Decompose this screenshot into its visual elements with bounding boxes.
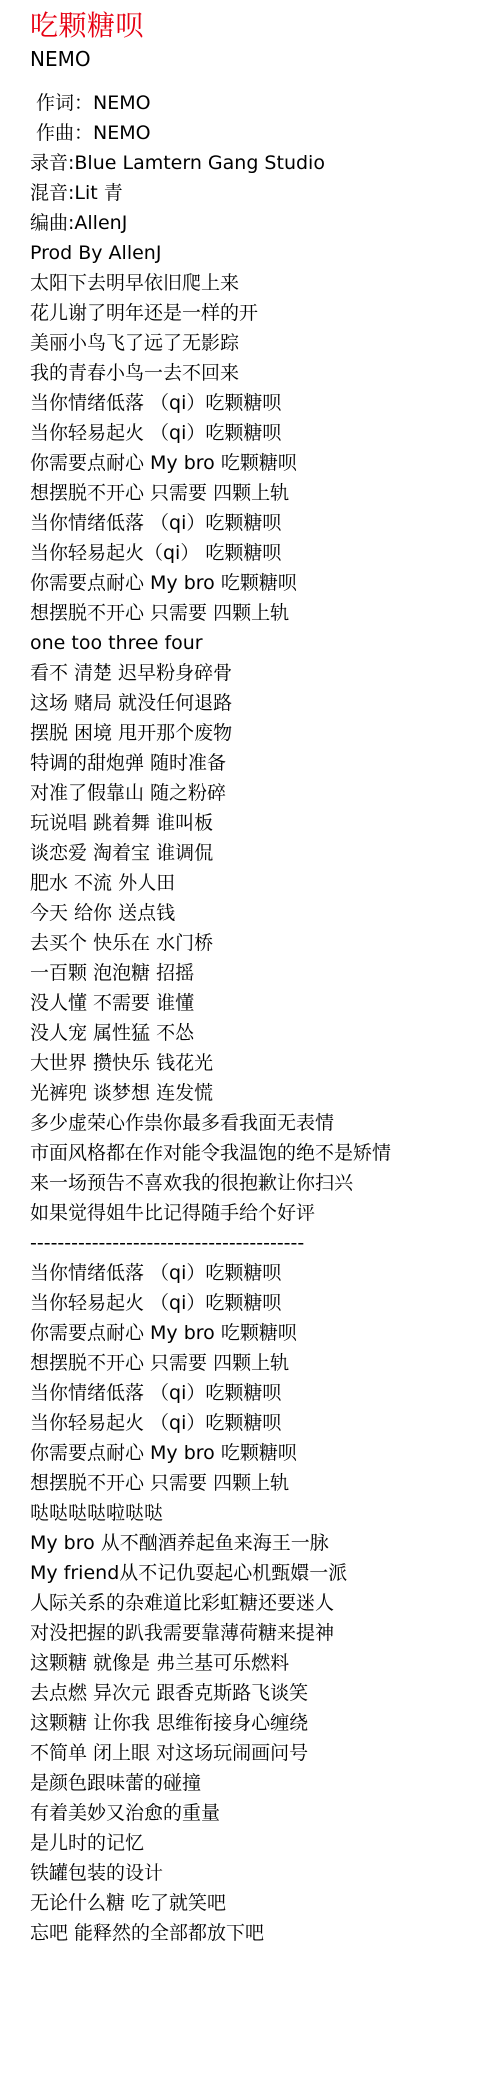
lyric-line: 特调的甜炮弹 随时准备 (30, 748, 480, 778)
credit-line: Prod By AllenJ (30, 238, 480, 268)
credit-line: 编曲:AllenJ (30, 208, 480, 238)
credit-line: 录音:Blue Lamtern Gang Studio (30, 148, 480, 178)
lyric-lines-block: 太阳下去明早依旧爬上来花儿谢了明年还是一样的开美丽小鸟飞了远了无影踪我的青春小鸟… (30, 268, 480, 1948)
lyric-line: 没人懂 不需要 谁懂 (30, 988, 480, 1018)
lyric-line: 想摆脱不开心 只需要 四颗上轨 (30, 1468, 480, 1498)
lyric-line: My friend从不记仇耍起心机甄嬛一派 (30, 1558, 480, 1588)
artist-name: NEMO (30, 44, 480, 74)
lyric-line: 是儿时的记忆 (30, 1828, 480, 1858)
lyric-line: 光裤兜 谈梦想 连发慌 (30, 1078, 480, 1108)
lyric-line: 想摆脱不开心 只需要 四颗上轨 (30, 1348, 480, 1378)
lyric-line: 想摆脱不开心 只需要 四颗上轨 (30, 598, 480, 628)
lyric-line: 美丽小鸟飞了远了无影踪 (30, 328, 480, 358)
lyric-line: 不简单 闭上眼 对这场玩闹画问号 (30, 1738, 480, 1768)
lyric-line: 当你情绪低落 （qi）吃颗糖呗 (30, 1378, 480, 1408)
lyric-line: 看不 清楚 迟早粉身碎骨 (30, 658, 480, 688)
credits-block: 作词：NEMO 作曲：NEMO录音:Blue Lamtern Gang Stud… (30, 88, 480, 268)
credit-line: 混音:Lit 青 (30, 178, 480, 208)
lyric-line: 肥水 不流 外人田 (30, 868, 480, 898)
lyric-line: 来一场预告不喜欢我的很抱歉让你扫兴 (30, 1168, 480, 1198)
lyrics-page: 吃颗糖呗 NEMO 作词：NEMO 作曲：NEMO录音:Blue Lamtern… (0, 0, 500, 1948)
lyric-line: 没人宠 属性猛 不怂 (30, 1018, 480, 1048)
lyric-line: 摆脱 困境 甩开那个废物 (30, 718, 480, 748)
lyric-line: 花儿谢了明年还是一样的开 (30, 298, 480, 328)
lyric-line: 想摆脱不开心 只需要 四颗上轨 (30, 478, 480, 508)
song-title: 吃颗糖呗 (30, 8, 480, 44)
lyric-line: 当你情绪低落 （qi）吃颗糖呗 (30, 1258, 480, 1288)
lyric-line: 当你轻易起火 （qi）吃颗糖呗 (30, 418, 480, 448)
lyric-line: 去点燃 异次元 跟香克斯路飞谈笑 (30, 1678, 480, 1708)
lyric-line: 谈恋爱 淘着宝 谁调侃 (30, 838, 480, 868)
lyric-line: 有着美妙又治愈的重量 (30, 1798, 480, 1828)
lyric-line: 对没把握的趴我需要靠薄荷糖来提神 (30, 1618, 480, 1648)
lyric-line: 你需要点耐心 My bro 吃颗糖呗 (30, 1438, 480, 1468)
lyric-line: one too three four (30, 628, 480, 658)
lyric-line: 这颗糖 让你我 思维衔接身心缠绕 (30, 1708, 480, 1738)
lyric-line: 对准了假靠山 随之粉碎 (30, 778, 480, 808)
lyric-line: 玩说唱 跳着舞 谁叫板 (30, 808, 480, 838)
lyric-line: 我的青春小鸟一去不回来 (30, 358, 480, 388)
lyric-line: 今天 给你 送点钱 (30, 898, 480, 928)
lyric-line: 哒哒哒哒啦哒哒 (30, 1498, 480, 1528)
credit-line: 作词：NEMO (30, 88, 480, 118)
lyric-line: 大世界 攒快乐 钱花光 (30, 1048, 480, 1078)
lyric-line: 当你情绪低落 （qi）吃颗糖呗 (30, 508, 480, 538)
lyric-line: 人际关系的杂难道比彩虹糖还要迷人 (30, 1588, 480, 1618)
lyric-line: 你需要点耐心 My bro 吃颗糖呗 (30, 448, 480, 478)
lyric-line: 你需要点耐心 My bro 吃颗糖呗 (30, 1318, 480, 1348)
credit-line: 作曲：NEMO (30, 118, 480, 148)
lyric-line: 当你轻易起火 （qi）吃颗糖呗 (30, 1408, 480, 1438)
lyric-line: My bro 从不酗酒养起鱼来海王一脉 (30, 1528, 480, 1558)
lyric-line: 当你轻易起火 （qi）吃颗糖呗 (30, 1288, 480, 1318)
lyric-line: 是颜色跟味蕾的碰撞 (30, 1768, 480, 1798)
lyric-line: 这场 赌局 就没任何退路 (30, 688, 480, 718)
lyric-line: 铁罐包装的设计 (30, 1858, 480, 1888)
lyric-line: 去买个 快乐在 水门桥 (30, 928, 480, 958)
lyric-line: 当你轻易起火（qi） 吃颗糖呗 (30, 538, 480, 568)
lyric-line: 一百颗 泡泡糖 招摇 (30, 958, 480, 988)
lyric-line: 无论什么糖 吃了就笑吧 (30, 1888, 480, 1918)
separator-line: ---------------------------------------- (30, 1228, 480, 1258)
lyric-line: 多少虚荣心作祟你最多看我面无表情 (30, 1108, 480, 1138)
lyric-line: 太阳下去明早依旧爬上来 (30, 268, 480, 298)
lyric-line: 市面风格都在作对能令我温饱的绝不是矫情 (30, 1138, 480, 1168)
lyric-line: 如果觉得姐牛比记得随手给个好评 (30, 1198, 480, 1228)
lyric-line: 当你情绪低落 （qi）吃颗糖呗 (30, 388, 480, 418)
lyric-line: 这颗糖 就像是 弗兰基可乐燃料 (30, 1648, 480, 1678)
lyric-line: 忘吧 能释然的全部都放下吧 (30, 1918, 480, 1948)
lyrics-body: 作词：NEMO 作曲：NEMO录音:Blue Lamtern Gang Stud… (30, 88, 480, 1948)
lyric-line: 你需要点耐心 My bro 吃颗糖呗 (30, 568, 480, 598)
